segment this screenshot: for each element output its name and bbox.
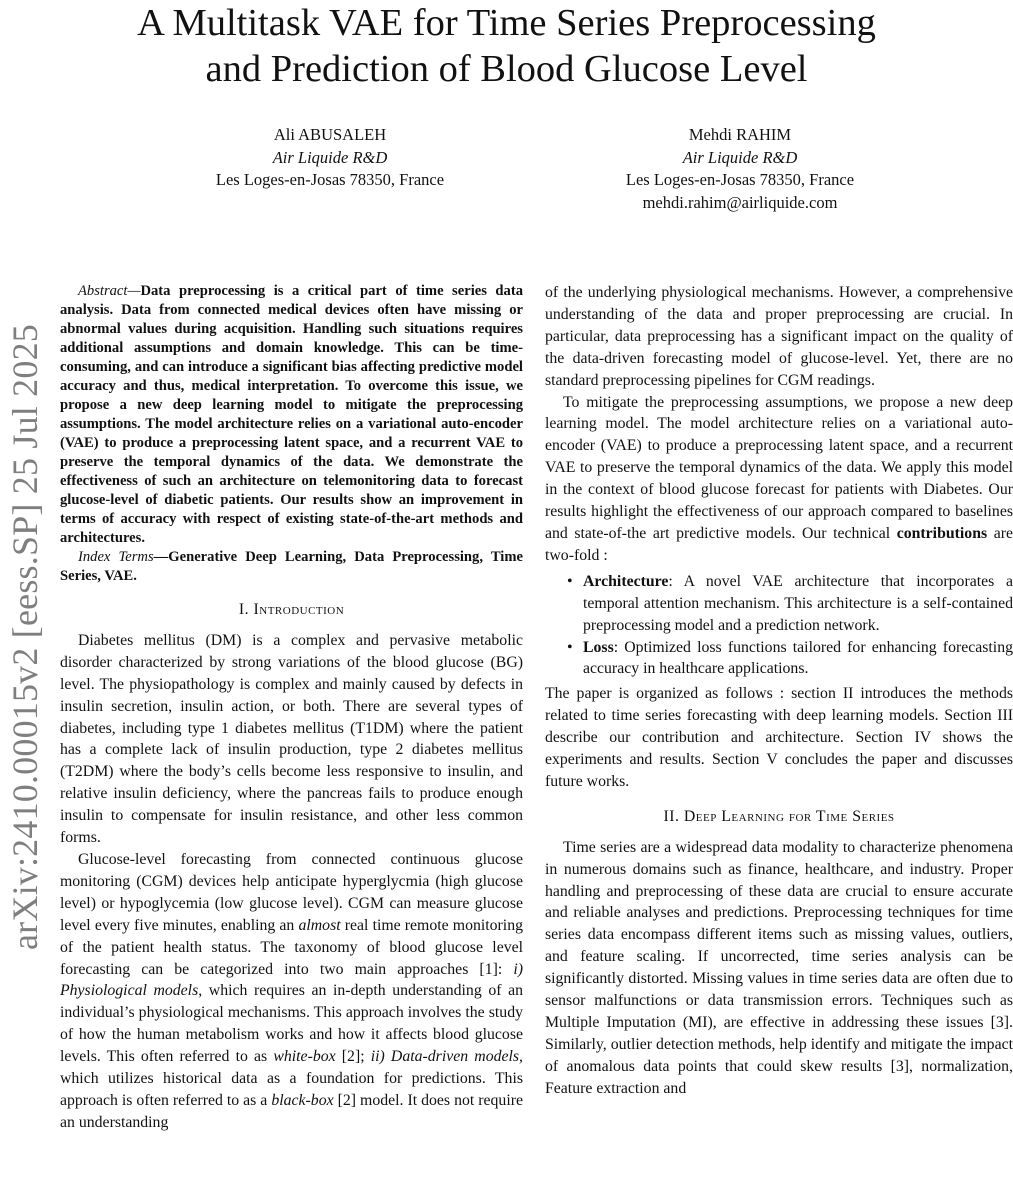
paragraph-time-series: Time series are a widespread data modali… (545, 837, 1013, 1100)
emphasis: ii) Data-driven models (371, 1048, 519, 1065)
index-terms: Index Terms—Generative Deep Learning, Da… (60, 548, 523, 586)
author-address: Les Loges-en-Josas 78350, France (180, 169, 480, 192)
abstract: Abstract—Data preprocessing is a critica… (60, 282, 523, 548)
list-item-architecture: Architecture: A novel VAE architecture t… (583, 571, 1013, 637)
bold-term: contributions (897, 525, 987, 542)
intro-paragraph-1: Diabetes mellitus (DM) is a complex and … (60, 630, 523, 849)
author-block-1: Ali ABUSALEH Air Liquide R&D Les Loges-e… (180, 124, 480, 192)
abstract-text: Data preprocessing is a critical part of… (60, 283, 523, 546)
author-address: Les Loges-en-Josas 78350, France (590, 169, 890, 192)
section-heading-deep-learning: II. Deep Learning for Time Series (545, 806, 1013, 828)
section-title: Introduction (253, 601, 344, 618)
emphasis: white-box (273, 1048, 335, 1065)
text-run: [2]; (336, 1048, 371, 1065)
paragraph-contributions: To mitigate the preprocessing assumption… (545, 392, 1013, 567)
list-item-text: : Optimized loss functions tailored for … (583, 639, 1013, 678)
section-number: II. (663, 808, 683, 825)
title-line-1: A Multitask VAE for Time Series Preproce… (0, 0, 1013, 46)
paper-title: A Multitask VAE for Time Series Preproce… (0, 0, 1013, 92)
contributions-list: Architecture: A novel VAE architecture t… (545, 571, 1013, 681)
index-terms-label: Index Terms (78, 549, 154, 565)
paragraph-continued: of the underlying physiological mechanis… (545, 282, 1013, 392)
emphasis: black-box (271, 1092, 333, 1109)
list-item-label: Architecture (583, 573, 668, 590)
section-title: Deep Learning for Time Series (684, 808, 895, 825)
arxiv-stamp: arXiv:2410.00015v2 [eess.SP] 25 Jul 2025 (2, 292, 48, 982)
author-email: mehdi.rahim@airliquide.com (590, 192, 890, 215)
list-item-loss: Loss: Optimized loss functions tailored … (583, 637, 1013, 681)
abstract-label: Abstract (78, 283, 127, 299)
arxiv-identifier: arXiv:2410.00015v2 [eess.SP] 25 Jul 2025 (4, 324, 46, 950)
title-line-2: and Prediction of Blood Glucose Level (0, 46, 1013, 92)
author-block-2: Mehdi RAHIM Air Liquide R&D Les Loges-en… (590, 124, 890, 214)
section-number: I. (239, 601, 254, 618)
author-name: Mehdi RAHIM (590, 124, 890, 147)
right-column: of the underlying physiological mechanis… (545, 282, 1013, 1100)
abstract-dash: — (127, 283, 140, 299)
left-column: Abstract—Data preprocessing is a critica… (60, 282, 523, 1134)
text-run: To mitigate the preprocessing assumption… (545, 394, 1013, 542)
emphasis: almost (298, 917, 340, 934)
author-affiliation: Air Liquide R&D (180, 147, 480, 170)
paragraph-organization: The paper is organized as follows : sect… (545, 683, 1013, 793)
author-affiliation: Air Liquide R&D (590, 147, 890, 170)
intro-paragraph-2: Glucose-level forecasting from connected… (60, 849, 523, 1134)
section-heading-introduction: I. Introduction (60, 599, 523, 621)
list-item-label: Loss (583, 639, 614, 656)
author-name: Ali ABUSALEH (180, 124, 480, 147)
